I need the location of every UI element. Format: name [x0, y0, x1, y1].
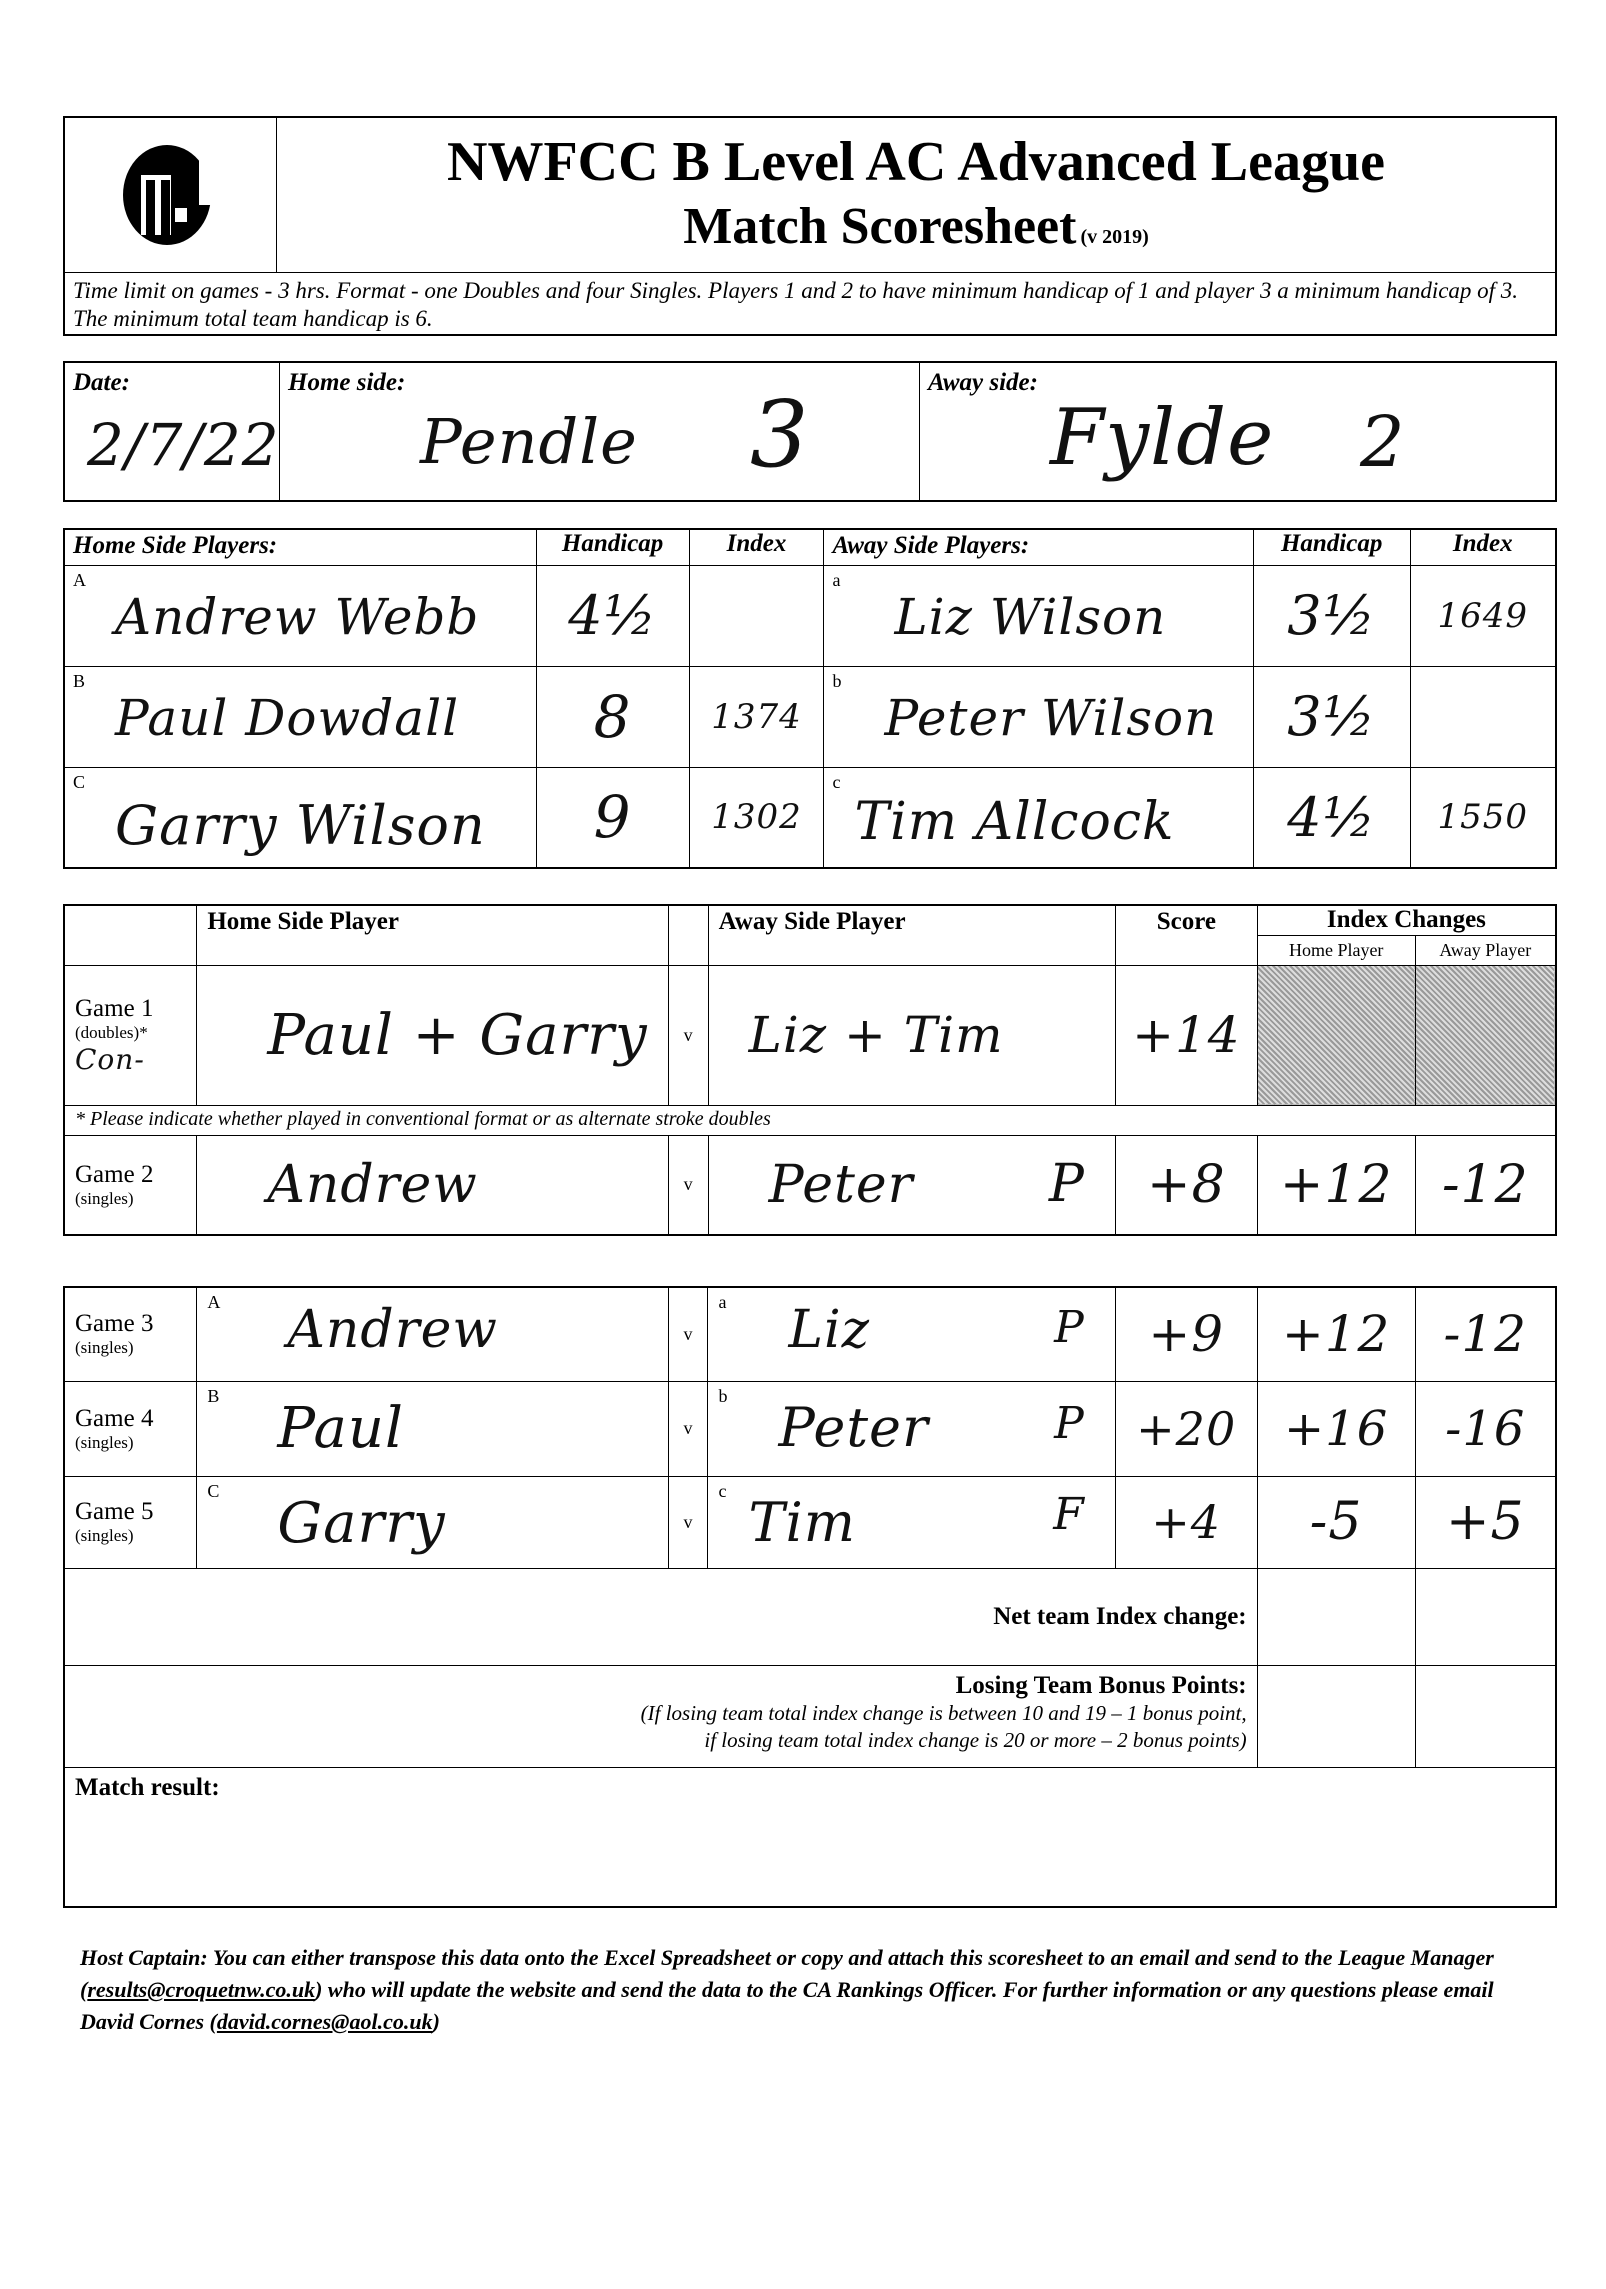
vs-label: v	[668, 1381, 708, 1476]
home-side-cell: Home side: Pendle 3	[280, 363, 920, 500]
page-title: NWFCC B Level AC Advanced League	[277, 130, 1555, 194]
away-side-player-header: Away Side Player	[708, 905, 1115, 965]
away-index-change: -12	[1415, 1135, 1556, 1235]
home-player-name: Paul Dowdall	[115, 689, 459, 747]
footer-instructions: Host Captain: You can either transpose t…	[80, 1942, 1540, 2038]
game-label: Game 5	[75, 1498, 196, 1526]
home-side-value: Pendle	[420, 405, 638, 478]
bonus-away-cell	[1415, 1665, 1556, 1767]
player-letter: b	[718, 1386, 727, 1407]
player-letter: c	[718, 1481, 726, 1502]
home-handicap-header: Handicap	[536, 529, 689, 565]
away-game-mark: P	[1054, 1398, 1085, 1449]
away-player-index: 1649	[1410, 565, 1556, 666]
home-index-change: -5	[1257, 1476, 1415, 1568]
vs-label: v	[668, 1476, 708, 1568]
games-header-row: Home Side Player Away Side Player Score …	[64, 905, 1556, 935]
index-changes-header: Index Changes	[1257, 905, 1556, 935]
away-side-value: Fylde	[1050, 393, 1274, 483]
home-player-index: 1302	[689, 767, 824, 868]
home-side-player-header: Home Side Player	[197, 905, 668, 965]
vs-header-blank	[668, 905, 708, 965]
game-type: (singles)	[75, 1189, 196, 1209]
player-row: AAndrew Webb 4½ aLiz Wilson 3½ 1649	[64, 565, 1556, 666]
home-player-name: Andrew Webb	[115, 588, 479, 646]
footer-text-3: )	[433, 2009, 440, 2034]
game-label: Game 2	[75, 1161, 196, 1189]
game-score: +14	[1115, 965, 1257, 1105]
away-side-label: Away side:	[928, 369, 1038, 397]
footnote-row: * Please indicate whether played in conv…	[64, 1105, 1556, 1135]
home-index-change: +12	[1257, 1287, 1415, 1381]
title-cell: NWFCC B Level AC Advanced League Match S…	[277, 118, 1555, 272]
player-letter: a	[832, 570, 840, 591]
home-player-index	[689, 565, 824, 666]
net-index-change-label: Net team Index change:	[64, 1568, 1257, 1665]
away-player-index	[1410, 666, 1556, 767]
player-letter: B	[73, 671, 85, 692]
away-index-change: +5	[1415, 1476, 1556, 1568]
home-players-header: Home Side Players:	[64, 529, 536, 565]
game-score: +9	[1115, 1287, 1257, 1381]
game-row: Game 4 (singles) B Paul v b Peter P +20 …	[64, 1381, 1556, 1476]
away-player-name: Peter Wilson	[884, 689, 1217, 747]
player-letter: A	[73, 570, 86, 591]
game-score: +4	[1115, 1476, 1257, 1568]
game-type: (singles)	[75, 1338, 196, 1358]
version-label: (v 2019)	[1080, 226, 1148, 248]
home-side-label: Home side:	[288, 369, 405, 397]
home-player-handicap: 4½	[536, 565, 689, 666]
players-table: Home Side Players: Handicap Index Away S…	[63, 528, 1557, 869]
game-row: Game 3 (singles) A Andrew v a Liz P +9 +…	[64, 1287, 1556, 1381]
match-result-row: Match result:	[64, 1767, 1556, 1907]
date-label: Date:	[73, 369, 130, 397]
home-player-change-header: Home Player	[1257, 935, 1415, 965]
rules-text: Time limit on games - 3 hrs. Format - on…	[65, 272, 1555, 334]
game-type: (doubles)*	[75, 1023, 196, 1043]
contact-email-link[interactable]: david.cornes@aol.co.uk	[217, 2009, 433, 2034]
game-label: Game 1	[75, 995, 196, 1023]
home-player-handicap: 8	[536, 666, 689, 767]
players-header-row: Home Side Players: Handicap Index Away S…	[64, 529, 1556, 565]
bonus-points-label: Losing Team Bonus Points:	[65, 1672, 1247, 1700]
net-home-change-cell	[1257, 1568, 1415, 1665]
home-index-header: Index	[689, 529, 824, 565]
vs-label: v	[668, 1287, 708, 1381]
away-player-handicap: 3½	[1253, 565, 1410, 666]
date-cell: Date: 2/7/22	[65, 363, 280, 500]
doubles-footnote: * Please indicate whether played in conv…	[64, 1105, 1556, 1135]
away-game-player: Peter	[778, 1396, 928, 1459]
game-score: +8	[1115, 1135, 1257, 1235]
games-table-bottom: Game 3 (singles) A Andrew v a Liz P +9 +…	[63, 1286, 1557, 1908]
game-type: (singles)	[75, 1433, 196, 1453]
games-table-top: Home Side Player Away Side Player Score …	[63, 904, 1557, 1236]
game-row: Game 1 (doubles)* Con- Paul + Garry v Li…	[64, 965, 1556, 1105]
bonus-row: Losing Team Bonus Points: (If losing tea…	[64, 1665, 1556, 1767]
vs-label: v	[668, 965, 708, 1105]
player-letter: B	[207, 1386, 219, 1407]
game-label: Game 4	[75, 1405, 196, 1433]
game-score: +20	[1115, 1381, 1257, 1476]
home-game-player: Paul	[277, 1396, 404, 1461]
away-game-mark: P	[1049, 1154, 1085, 1214]
bonus-home-cell	[1257, 1665, 1415, 1767]
player-letter: C	[73, 772, 85, 793]
away-game-mark: P	[1054, 1302, 1085, 1353]
home-game-player: Paul + Garry	[197, 965, 668, 1105]
away-index-change: -16	[1415, 1381, 1556, 1476]
away-side-cell: Away side: Fylde 2	[920, 363, 1555, 500]
away-game-mark: F	[1053, 1489, 1085, 1540]
player-letter: b	[832, 671, 841, 692]
net-change-row: Net team Index change:	[64, 1568, 1556, 1665]
away-player-handicap: 3½	[1253, 666, 1410, 767]
game-row: Game 5 (singles) C Garry v c Tim F +4 -5…	[64, 1476, 1556, 1568]
bonus-note-2: if losing team total index change is 20 …	[65, 1727, 1247, 1754]
home-player-handicap: 9	[536, 767, 689, 868]
date-value: 2/7/22	[87, 411, 280, 479]
home-side-score: 3	[750, 381, 810, 488]
away-game-player: Tim	[748, 1491, 856, 1554]
away-player-index: 1550	[1410, 767, 1556, 868]
game-row: Game 2 (singles) Andrew v Peter P +8 +12…	[64, 1135, 1556, 1235]
away-index-header: Index	[1410, 529, 1556, 565]
away-game-player: Liz + Tim	[708, 965, 1115, 1105]
home-game-player: Andrew	[197, 1135, 668, 1235]
bonus-note-1: (If losing team total index change is be…	[65, 1700, 1247, 1727]
match-info-box: Date: 2/7/22 Home side: Pendle 3 Away si…	[63, 361, 1557, 502]
player-row: CGarry Wilson 9 1302 cTim Allcock 4½ 155…	[64, 767, 1556, 868]
home-index-change: +16	[1257, 1381, 1415, 1476]
format-note: Con-	[75, 1043, 196, 1076]
vs-label: v	[668, 1135, 708, 1235]
page-subtitle: Match Scoresheet	[683, 198, 1076, 255]
away-player-change-header: Away Player	[1415, 935, 1556, 965]
home-game-player: Andrew	[287, 1300, 497, 1360]
home-index-change: +12	[1257, 1135, 1415, 1235]
match-result-label: Match result:	[64, 1767, 1556, 1907]
home-player-name: Garry Wilson	[115, 794, 486, 857]
player-letter: A	[207, 1292, 220, 1313]
home-player-index: 1374	[689, 666, 824, 767]
away-game-player: Liz	[788, 1300, 870, 1360]
home-index-change-shaded	[1257, 965, 1415, 1105]
away-side-score: 2	[1360, 401, 1406, 483]
away-index-change: -12	[1415, 1287, 1556, 1381]
player-letter: c	[832, 772, 840, 793]
away-players-header: Away Side Players:	[824, 529, 1253, 565]
away-index-change-shaded	[1415, 965, 1556, 1105]
game-label: Game 3	[75, 1310, 196, 1338]
home-game-player: Garry	[277, 1491, 445, 1556]
game-type: (singles)	[75, 1526, 196, 1546]
away-player-handicap: 4½	[1253, 767, 1410, 868]
croquet-hoop-logo-icon	[117, 140, 217, 250]
player-row: BPaul Dowdall 8 1374 bPeter Wilson 3½	[64, 666, 1556, 767]
header-box: NWFCC B Level AC Advanced League Match S…	[63, 116, 1557, 336]
away-player-name: Liz Wilson	[894, 588, 1166, 646]
league-manager-email-link[interactable]: results@croquetnw.co.uk	[87, 1977, 315, 2002]
game-header-blank	[64, 905, 197, 965]
away-handicap-header: Handicap	[1253, 529, 1410, 565]
player-letter: a	[718, 1292, 726, 1313]
logo-cell	[65, 118, 277, 272]
away-game-player: Peter	[709, 1155, 914, 1215]
net-away-change-cell	[1415, 1568, 1556, 1665]
player-letter: C	[207, 1481, 219, 1502]
score-header: Score	[1115, 905, 1257, 965]
away-player-name: Tim Allcock	[854, 792, 1174, 852]
